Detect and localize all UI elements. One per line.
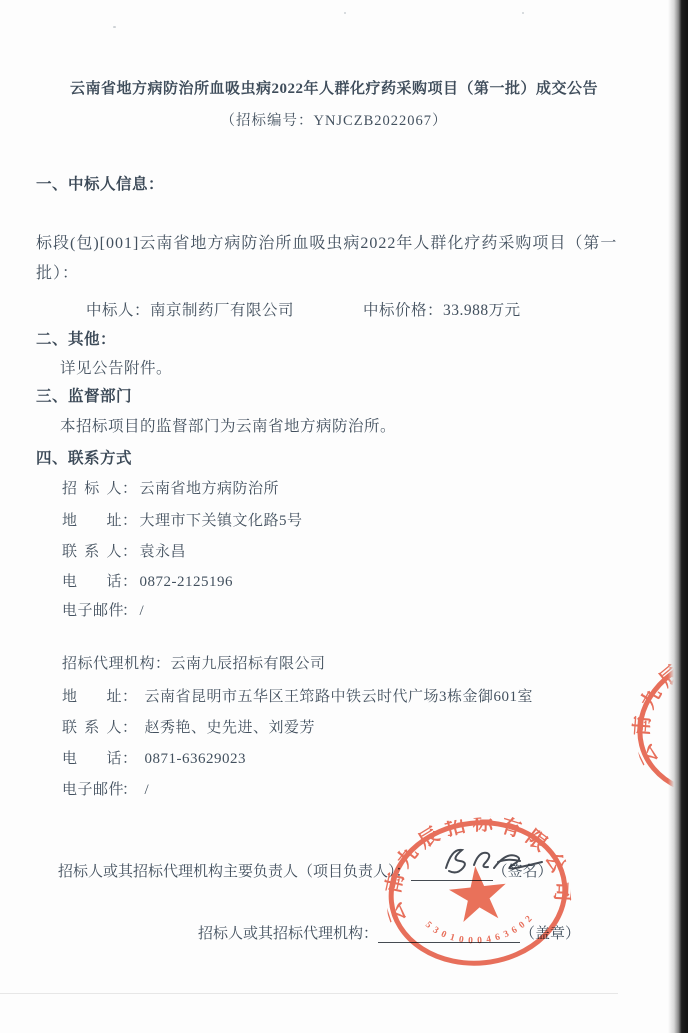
tenderer-row: 联系人：袁永昌 [62, 540, 186, 561]
contact-value: 大理市下关镇文化路5号 [140, 509, 303, 530]
tenderer-row: 电话：0872-2125196 [62, 570, 233, 591]
contact-label: 招标人 [62, 477, 122, 498]
signature-line-2-label: 招标人或其招标代理机构： [198, 926, 378, 942]
scan-border [668, 0, 688, 1033]
scan-speck [344, 12, 346, 14]
contact-label: 地址 [62, 685, 122, 706]
contact-value: 云南省地方病防治所 [140, 477, 280, 498]
agency-row: 电话：0871-63629023 [62, 747, 246, 768]
contact-value: / [140, 603, 145, 620]
agency-name: 云南九辰招标有限公司 [171, 656, 326, 672]
signature-line-1-label: 招标人或其招标代理机构主要负责人（项目负责人）： [58, 864, 411, 880]
contact-value: 袁永昌 [140, 540, 187, 561]
contact-value: 赵秀艳、史先进、刘爱芳 [140, 716, 316, 737]
svg-text:5301000463602: 5301000463602 [422, 909, 536, 952]
supervisor-body: 本招标项目的监督部门为云南省地方病防治所。 [60, 414, 396, 436]
contact-value: 云南省昆明市五华区王筇路中铁云时代广场3栋金御601室 [140, 685, 534, 706]
agency-row: 联系人：赵秀艳、史先进、刘爱芳 [62, 716, 315, 737]
tender-number-subtitle: （招标编号：YNJCZB2022067） [0, 109, 668, 130]
company-seal: 云南九辰招标有限公司 5301000463602 [379, 809, 578, 977]
contact-label: 电子邮件 [62, 778, 122, 799]
tenderer-row: 电子邮件：/ [62, 599, 144, 620]
agency-row: 地址：云南省昆明市五华区王筇路中铁云时代广场3栋金御601室 [62, 685, 533, 706]
section-heading-other: 二、其他： [36, 327, 116, 349]
contact-value: 0872-2125196 [140, 574, 234, 591]
contact-label: 电子邮件 [62, 599, 122, 620]
winner-line: 中标人：南京制药厂有限公司 [86, 298, 294, 320]
seal-star-icon [447, 863, 509, 923]
price-value: 33.988万元 [443, 302, 521, 319]
contact-value: 0871-63629023 [140, 751, 247, 768]
scan-speck [522, 12, 524, 14]
contact-label: 电话 [62, 747, 122, 768]
winner-name: 南京制药厂有限公司 [150, 302, 294, 319]
contact-label: 地址 [62, 509, 122, 530]
seal-number: 5301000463602 [422, 909, 536, 952]
price-label: 中标价格： [363, 302, 443, 319]
page-bottom-edge [0, 993, 618, 994]
agency-row: 电子邮件：/ [62, 778, 149, 799]
winner-label: 中标人： [86, 302, 150, 319]
tenderer-row: 招标人：云南省地方病防治所 [62, 477, 279, 498]
tenderer-row: 地址：大理市下关镇文化路5号 [62, 509, 303, 530]
section-heading-winner-info: 一、中标人信息： [36, 172, 164, 194]
contact-label: 联系人 [62, 716, 122, 737]
scan-speck [113, 26, 116, 28]
contact-label: 电话 [62, 570, 122, 591]
other-body: 详见公告附件。 [60, 356, 172, 378]
contact-value: / [140, 782, 150, 799]
scanned-document-page: { "document": { "title": "云南省地方病防治所血吸虫病2… [0, 0, 688, 1033]
section-heading-supervisor: 三、监督部门 [36, 384, 132, 406]
lot-paragraph: 标段(包)[001]云南省地方病防治所血吸虫病2022年人群化疗药采购项目（第一… [36, 229, 650, 289]
contact-label: 联系人 [62, 540, 122, 561]
agency-label: 招标代理机构： [62, 656, 171, 672]
page-title: 云南省地方病防治所血吸虫病2022年人群化疗药采购项目（第一批）成交公告 [0, 77, 668, 98]
price-line: 中标价格：33.988万元 [363, 298, 521, 320]
section-heading-contact: 四、联系方式 [36, 446, 132, 468]
agency-heading-row: 招标代理机构：云南九辰招标有限公司 [62, 652, 326, 673]
